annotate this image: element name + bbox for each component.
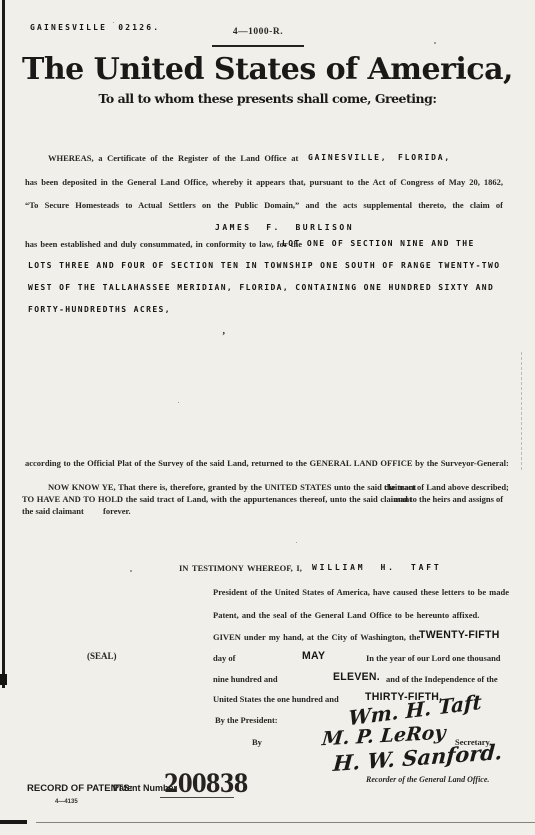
grant-line-3a: the said claimant: [22, 506, 84, 516]
plat-line: according to the Official Plat of the Su…: [25, 458, 509, 468]
whereas-line-3: “To Secure Homesteads to Actual Settlers…: [25, 200, 503, 210]
recorder-title: Recorder of the General Land Office.: [366, 775, 489, 784]
salutation: To all to whom these presents shall come…: [0, 91, 535, 106]
grant-line-1a: NOW KNOW YE, That there is, therefore, g…: [48, 482, 416, 492]
whereas-line-1: WHEREAS, a Certificate of the Register o…: [48, 153, 298, 163]
claimant-name: JAMES F. BURLISON: [215, 223, 354, 232]
speck: [178, 402, 179, 403]
by-label: By: [252, 737, 262, 747]
testimony-line-3: Patent, and the seal of the General Land…: [213, 610, 479, 620]
land-office-name: GAINESVILLE, FLORIDA,: [308, 153, 451, 162]
consummation-line: has been established and duly consummate…: [25, 239, 302, 249]
left-edge-scan-nub: [0, 674, 7, 685]
testimony-line-6: United States the one hundred and: [213, 694, 339, 704]
land-description-line-2: LOTS THREE AND FOUR OF SECTION TEN IN TO…: [28, 261, 500, 270]
seal-label: (SEAL): [87, 651, 117, 661]
form-number: 4—1000-R.: [210, 27, 306, 37]
speck: [130, 570, 132, 572]
land-description-line-3: WEST OF THE TALLAHASSEE MERIDIAN, FLORID…: [28, 283, 494, 292]
stray-mark: ’: [222, 331, 225, 342]
document-title: The United States of America,: [0, 52, 535, 87]
doc-number-stamp: GAINESVILLE 02126.: [30, 23, 160, 32]
testimony-line-2: President of the United States of Americ…: [213, 587, 509, 597]
month-stamp: MAY: [302, 650, 325, 663]
day-of-label: day of: [213, 653, 235, 663]
right-edge-dashes: [521, 352, 522, 470]
independence-phrase: and of the Independence of the: [386, 674, 498, 684]
land-description-line-4: FORTY-HUNDREDTHS ACRES,: [28, 305, 171, 314]
grant-line-3b: forever.: [103, 506, 131, 516]
speck: [434, 42, 436, 44]
patent-number-stamp: 200838: [164, 769, 248, 798]
grant-line-1b: the tract of Land above described;: [384, 482, 509, 492]
testimony-line-5: nine hundred and: [213, 674, 278, 684]
testimony-intro: IN TESTIMONY WHEREOF, I,: [179, 563, 302, 573]
president-name-typed: WILLIAM H. TAFT: [312, 563, 441, 572]
grant-line-2b: and to the heirs and assigns of: [394, 494, 503, 504]
speck: [296, 542, 297, 543]
bottom-scan-line: [36, 822, 535, 823]
year-phrase: In the year of our Lord one thousand: [366, 653, 501, 663]
by-the-president-label: By the President:: [215, 715, 278, 725]
testimony-line-4: GIVEN under my hand, at the City of Wash…: [213, 632, 420, 642]
grant-line-2a: TO HAVE AND TO HOLD the said tract of La…: [22, 494, 412, 504]
scanned-patent-document: GAINESVILLE 02126. 4—1000-R. The United …: [0, 0, 535, 835]
land-description-line-1: LOT ONE OF SECTION NINE AND THE: [282, 239, 475, 248]
year-word-stamp: ELEVEN.: [333, 671, 380, 684]
whereas-line-2: has been deposited in the General Land O…: [25, 177, 503, 187]
form-number-small: 4—4135: [55, 799, 78, 805]
bottom-scan-line-thick: [0, 820, 27, 824]
day-word-stamp: TWENTY-FIFTH: [419, 629, 500, 642]
form-number-underline: [212, 45, 304, 47]
